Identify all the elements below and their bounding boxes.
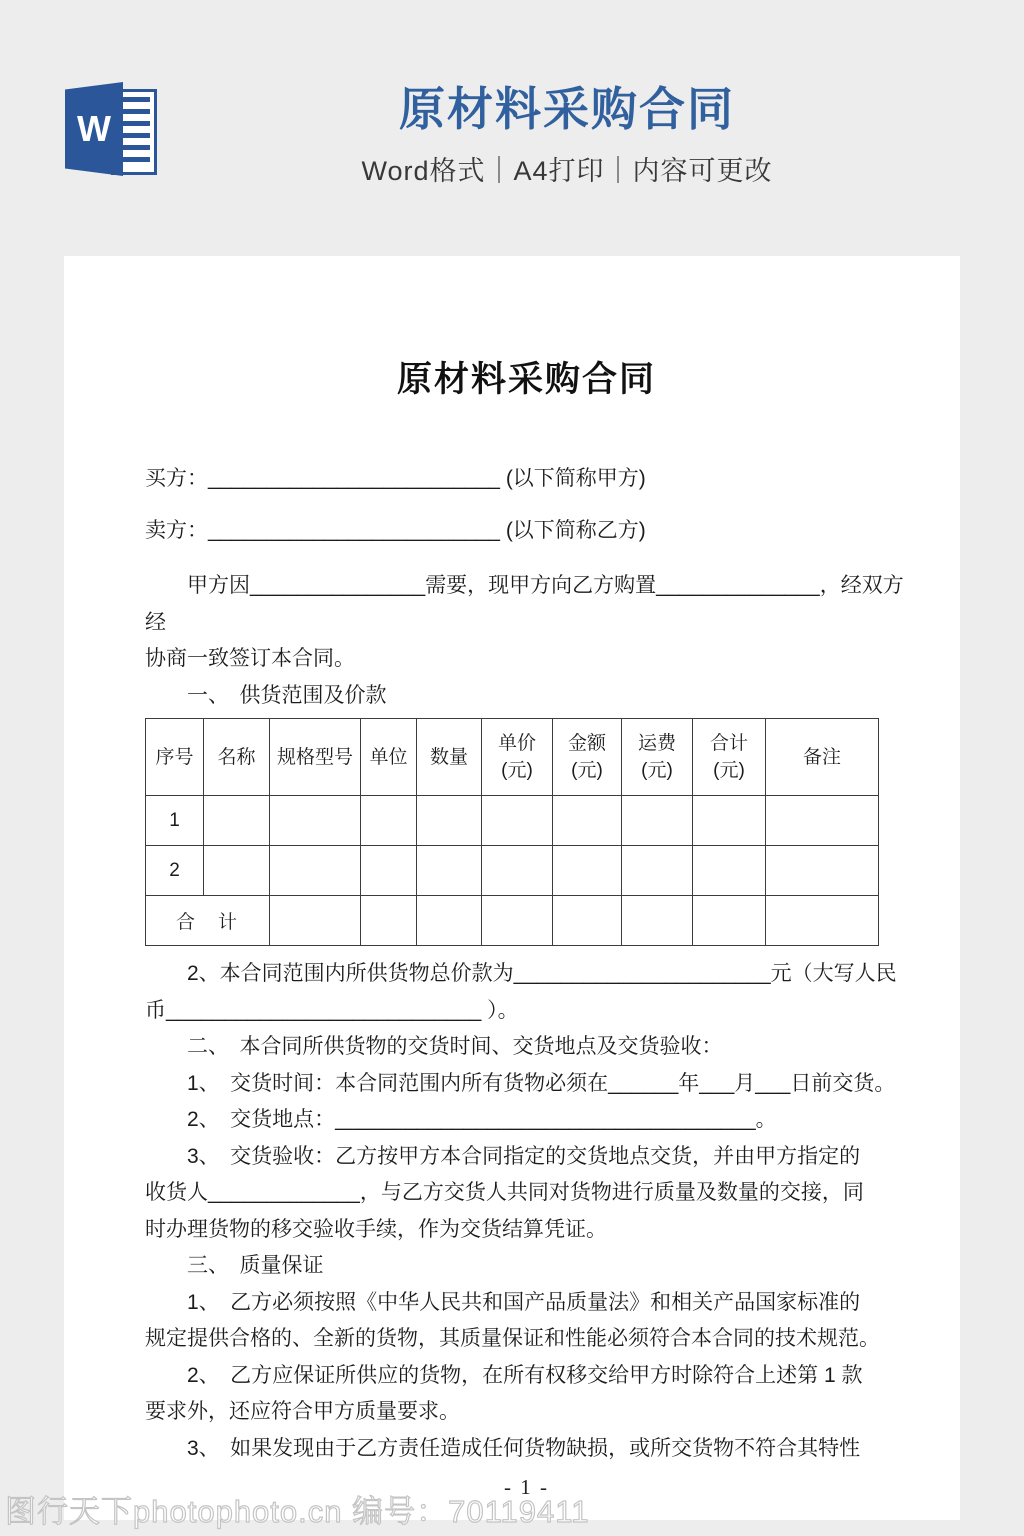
table-header-cell: 合计(元) — [693, 719, 766, 796]
text-line: 时办理货物的移交验收手续，作为交货结算凭证。 — [145, 1212, 908, 1249]
template-header: W 原材料采购合同 Word格式｜A4打印｜内容可更改 — [0, 0, 1024, 256]
supply-price-table: 序号名称规格型号单位数量单价(元)金额(元)运费(元)合计(元)备注 12 合 … — [145, 718, 879, 946]
table-cell — [270, 796, 361, 846]
table-cell — [622, 796, 693, 846]
text-line: 要求外，还应符合甲方质量要求。 — [145, 1394, 908, 1431]
table-cell — [693, 796, 766, 846]
table-cell — [417, 796, 482, 846]
table-cell — [766, 846, 879, 896]
table-header-cell: 金额(元) — [553, 719, 622, 796]
template-subtitle: Word格式｜A4打印｜内容可更改 — [110, 149, 1024, 188]
header-line1: 名称 — [217, 747, 255, 768]
text-line: 2、本合同范围内所供货物总价款为______________________元（… — [145, 956, 908, 993]
header-line1: 运费 — [638, 733, 676, 754]
table-header-cell: 单价(元) — [482, 719, 553, 796]
text-line: 二、 本合同所供货物的交货时间、交货地点及交货验收： — [145, 1029, 908, 1066]
text-line: 三、 质量保证 — [145, 1248, 908, 1285]
intro-paragraphs: 甲方因_______________需要，现甲方向乙方购置___________… — [145, 568, 908, 714]
document-page: 原材料采购合同 买方：_________________________ (以下… — [64, 256, 960, 1520]
table-total-row: 合 计 — [146, 896, 879, 946]
page-background: W 原材料采购合同 Word格式｜A4打印｜内容可更改 原材料采购合同 买方：_… — [0, 0, 1024, 1536]
text-line: 甲方因_______________需要，现甲方向乙方购置___________… — [145, 568, 908, 641]
header-line1: 序号 — [155, 747, 193, 768]
text-line: 一、 供货范围及价款 — [145, 678, 908, 715]
table-cell — [693, 846, 766, 896]
text-line: 1、 交货时间：本合同范围内所有货物必须在______年___月___日前交货。 — [145, 1066, 908, 1103]
header-text: 原材料采购合同 Word格式｜A4打印｜内容可更改 — [110, 84, 1024, 188]
word-icon-letter: W — [77, 111, 111, 147]
header-line1: 金额 — [568, 733, 606, 754]
table-header-cell: 名称 — [204, 719, 270, 796]
header-line2: (元) — [622, 757, 692, 784]
text-line: 协商一致签订本合同。 — [145, 641, 908, 678]
price-table-body: 12 合 计 — [146, 796, 879, 946]
document-title: 原材料采购合同 — [145, 256, 908, 402]
header-line2: (元) — [553, 757, 621, 784]
header-line1: 备注 — [803, 747, 841, 768]
table-cell — [361, 846, 417, 896]
text-line: 规定提供合格的、全新的货物，其质量保证和性能必须符合本合同的技术规范。 — [145, 1321, 908, 1358]
table-cell: 1 — [146, 796, 204, 846]
table-header-cell: 规格型号 — [270, 719, 361, 796]
party-line: 买方：_________________________ (以下简称甲方) — [145, 464, 908, 494]
table-cell — [766, 796, 879, 846]
table-header-cell: 运费(元) — [622, 719, 693, 796]
table-cell — [204, 846, 270, 896]
table-cell — [204, 796, 270, 846]
party-line: 卖方：_________________________ (以下简称乙方) — [145, 516, 908, 546]
text-line: 3、 如果发现由于乙方责任造成任何货物缺损，或所交货物不符合其特性 — [145, 1431, 908, 1468]
header-line2: (元) — [693, 757, 765, 784]
table-header-row: 序号名称规格型号单位数量单价(元)金额(元)运费(元)合计(元)备注 — [146, 719, 879, 796]
table-cell — [553, 846, 622, 896]
table-row: 2 — [146, 846, 879, 896]
table-cell — [361, 796, 417, 846]
text-line: 2、 交货地点：________________________________… — [145, 1102, 908, 1139]
total-label-cell: 合 计 — [146, 896, 270, 946]
header-line1: 数量 — [430, 747, 468, 768]
party-block: 买方：_________________________ (以下简称甲方)卖方：… — [145, 464, 908, 546]
table-header-cell: 备注 — [766, 719, 879, 796]
table-cell — [270, 846, 361, 896]
text-line: 2、 乙方应保证所供应的货物，在所有权移交给甲方时除符合上述第 1 款 — [145, 1358, 908, 1395]
table-cell — [482, 796, 553, 846]
template-title: 原材料采购合同 — [110, 84, 1024, 135]
table-cell — [417, 846, 482, 896]
header-line1: 合计 — [710, 733, 748, 754]
header-line1: 规格型号 — [277, 747, 353, 768]
table-header-cell: 数量 — [417, 719, 482, 796]
text-line: 收货人_____________，与乙方交货人共同对货物进行质量及数量的交接，同 — [145, 1175, 908, 1212]
table-cell — [622, 846, 693, 896]
text-line: 1、 乙方必须按照《中华人民共和国产品质量法》和相关产品国家标准的 — [145, 1285, 908, 1322]
table-cell: 2 — [146, 846, 204, 896]
site-watermark: 图行天下photophoto.cn 编号：70119411 — [5, 1486, 589, 1531]
table-cell — [553, 796, 622, 846]
text-line: 币___________________________ ）。 — [145, 993, 908, 1030]
table-row: 1 — [146, 796, 879, 846]
table-header-cell: 单位 — [361, 719, 417, 796]
contract-clauses: 2、本合同范围内所供货物总价款为______________________元（… — [145, 956, 908, 1467]
header-line1: 单价 — [498, 733, 536, 754]
table-header-cell: 序号 — [146, 719, 204, 796]
text-line: 3、 交货验收：乙方按甲方本合同指定的交货地点交货，并由甲方指定的 — [145, 1139, 908, 1176]
header-line2: (元) — [482, 757, 552, 784]
header-line1: 单位 — [369, 747, 407, 768]
table-cell — [482, 846, 553, 896]
